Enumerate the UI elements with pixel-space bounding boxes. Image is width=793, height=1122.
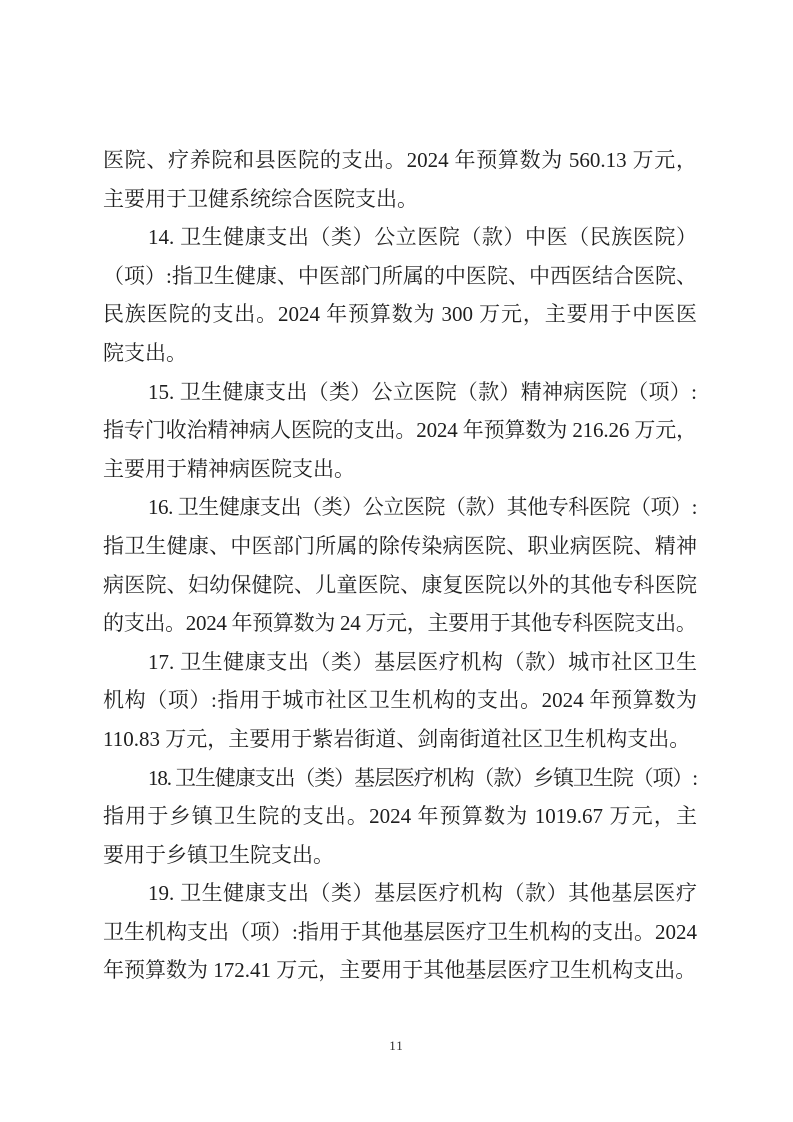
text-line: 民族医院的支出。2024 年预算数为 300 万元，主要用于中医医	[103, 295, 697, 334]
paragraph: 19. 卫生健康支出（类）基层医疗机构（款）其他基层医疗卫生机构支出（项）:指用…	[103, 874, 697, 990]
text-line: 17. 卫生健康支出（类）基层医疗机构（款）城市社区卫生	[103, 643, 697, 682]
text-line: 病医院、妇幼保健院、儿童医院、康复医院以外的其他专科医院	[103, 566, 697, 605]
text-line: 机构（项）:指用于城市社区卫生机构的支出。2024 年预算数为	[103, 681, 697, 720]
text-line: 院支出。	[103, 334, 697, 373]
text-line: 要用于乡镇卫生院支出。	[103, 836, 697, 875]
text-line: 14. 卫生健康支出（类）公立医院（款）中医（民族医院）	[103, 218, 697, 257]
page-number: 11	[0, 1038, 793, 1054]
document-page: 医院、疗养院和县医院的支出。2024 年预算数为 560.13 万元，主要用于卫…	[0, 0, 793, 1122]
document-body: 医院、疗养院和县医院的支出。2024 年预算数为 560.13 万元，主要用于卫…	[103, 141, 697, 990]
paragraph: 17. 卫生健康支出（类）基层医疗机构（款）城市社区卫生机构（项）:指用于城市社…	[103, 643, 697, 759]
paragraph: 18. 卫生健康支出（类）基层医疗机构（款）乡镇卫生院（项）:指用于乡镇卫生院的…	[103, 759, 697, 875]
text-line: 15. 卫生健康支出（类）公立医院（款）精神病医院（项）:	[103, 373, 697, 412]
text-line: 主要用于卫健系统综合医院支出。	[103, 180, 697, 219]
text-line: （项）:指卫生健康、中医部门所属的中医院、中西医结合医院、	[103, 257, 697, 296]
text-line: 18. 卫生健康支出（类）基层医疗机构（款）乡镇卫生院（项）:	[103, 759, 697, 798]
text-line: 的支出。2024 年预算数为 24 万元，主要用于其他专科医院支出。	[103, 604, 697, 643]
text-line: 年预算数为 172.41 万元，主要用于其他基层医疗卫生机构支出。	[103, 951, 697, 990]
text-line: 指用于乡镇卫生院的支出。2024 年预算数为 1019.67 万元，主	[103, 797, 697, 836]
text-line: 卫生机构支出（项）:指用于其他基层医疗卫生机构的支出。2024	[103, 913, 697, 952]
paragraph: 15. 卫生健康支出（类）公立医院（款）精神病医院（项）:指专门收治精神病人医院…	[103, 373, 697, 489]
text-line: 16. 卫生健康支出（类）公立医院（款）其他专科医院（项）:	[103, 488, 697, 527]
text-line: 指卫生健康、中医部门所属的除传染病医院、职业病医院、精神	[103, 527, 697, 566]
paragraph: 14. 卫生健康支出（类）公立医院（款）中医（民族医院）（项）:指卫生健康、中医…	[103, 218, 697, 372]
paragraph: 医院、疗养院和县医院的支出。2024 年预算数为 560.13 万元，主要用于卫…	[103, 141, 697, 218]
text-line: 19. 卫生健康支出（类）基层医疗机构（款）其他基层医疗	[103, 874, 697, 913]
text-line: 医院、疗养院和县医院的支出。2024 年预算数为 560.13 万元，	[103, 141, 697, 180]
text-line: 指专门收治精神病人医院的支出。2024 年预算数为 216.26 万元，	[103, 411, 697, 450]
text-line: 110.83 万元，主要用于紫岩街道、剑南街道社区卫生机构支出。	[103, 720, 697, 759]
paragraph: 16. 卫生健康支出（类）公立医院（款）其他专科医院（项）:指卫生健康、中医部门…	[103, 488, 697, 642]
text-line: 主要用于精神病医院支出。	[103, 450, 697, 489]
